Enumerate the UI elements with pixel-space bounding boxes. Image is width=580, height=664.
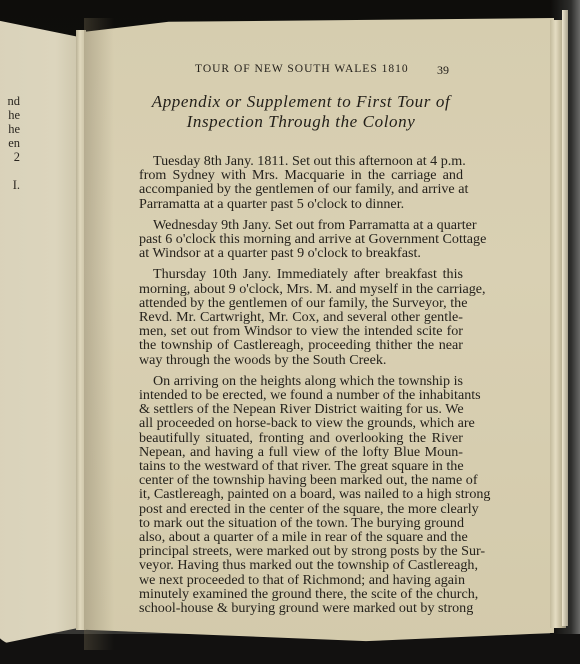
paragraph: Wednesday 9th Jany. Set out from Parrama… xyxy=(139,218,463,261)
page-number: 39 xyxy=(437,63,449,78)
left-page-text-fragments: nd he he en 2 I. xyxy=(0,94,20,192)
paragraph: On arriving on the heights along which t… xyxy=(139,374,463,615)
left-fragment: nd xyxy=(0,94,20,108)
book-photo: nd he he en 2 I. TOUR OF NEW SOUTH WALES… xyxy=(0,0,580,664)
text-line: all proceeded on horse-back to view the … xyxy=(139,416,463,430)
running-head: TOUR OF NEW SOUTH WALES 1810 39 xyxy=(139,60,463,80)
page-text-block: TOUR OF NEW SOUTH WALES 1810 39 Appendix… xyxy=(139,60,463,622)
cover-edge xyxy=(562,10,568,626)
text-line: also, about a quarter of a mile in rear … xyxy=(139,530,463,544)
left-fragment: I. xyxy=(0,178,20,192)
text-line: beautifully situated, fronting and overl… xyxy=(139,431,463,445)
left-fragment: 2 xyxy=(0,150,20,164)
text-line: post and erected in the center of the sq… xyxy=(139,502,463,516)
text-line: Wednesday 9th Jany. Set out from Parrama… xyxy=(139,218,463,232)
text-line: center of the township having been marke… xyxy=(139,473,463,487)
text-line: at Windsor at a quarter past 9 o'clock t… xyxy=(139,246,463,260)
text-line: men, set out from Windsor to view the in… xyxy=(139,324,463,338)
text-line: school-house & burying ground were marke… xyxy=(139,601,463,615)
text-line: past 6 o'clock this morning and arrive a… xyxy=(139,232,463,246)
text-line: Revd. Mr. Cartwright, Mr. Cox, and sever… xyxy=(139,310,463,324)
heading-line: Appendix or Supplement to First Tour of xyxy=(139,92,463,112)
text-line: it, Castlereagh, painted on a board, was… xyxy=(139,487,463,501)
text-line: from Sydney with Mrs. Macquarie in the c… xyxy=(139,168,463,182)
text-line: tains to the westward of that river. The… xyxy=(139,459,463,473)
paragraph: Thursday 10th Jany. Immediately after br… xyxy=(139,267,463,366)
text-line: Thursday 10th Jany. Immediately after br… xyxy=(139,267,463,281)
text-line: Nepean, and having a full view of the lo… xyxy=(139,445,463,459)
text-line: intended to be erected, we found a numbe… xyxy=(139,388,463,402)
gutter-shadow xyxy=(84,18,114,650)
left-fragment: en xyxy=(0,136,20,150)
text-line: way through the woods by the South Creek… xyxy=(139,353,463,367)
text-line: the township of Castlereagh, proceeding … xyxy=(139,338,463,352)
section-heading: Appendix or Supplement to First Tour of … xyxy=(139,92,463,132)
heading-line: Inspection Through the Colony xyxy=(139,112,463,132)
left-fragment xyxy=(0,164,20,178)
text-line: we next proceeded to that of Richmond; a… xyxy=(139,573,463,587)
text-line: veyor. Having thus marked out the townsh… xyxy=(139,558,463,572)
running-head-title: TOUR OF NEW SOUTH WALES 1810 xyxy=(195,63,409,75)
paragraph: Tuesday 8th Jany. 1811. Set out this aft… xyxy=(139,154,463,211)
text-line: Tuesday 8th Jany. 1811. Set out this aft… xyxy=(139,154,463,168)
text-line: attended by the gentlemen of our family,… xyxy=(139,296,463,310)
left-fragment: he xyxy=(0,122,20,136)
text-line: principal streets, were marked out by st… xyxy=(139,544,463,558)
text-line: & settlers of the Nepean River District … xyxy=(139,402,463,416)
text-line: morning, about 9 o'clock, Mrs. M. and my… xyxy=(139,282,463,296)
text-line: Parramatta at a quarter past 5 o'clock t… xyxy=(139,197,463,211)
left-fragment: he xyxy=(0,108,20,122)
text-line: to mark out the situation of the town. T… xyxy=(139,516,463,530)
text-line: accompanied by the gentlemen of our fami… xyxy=(139,182,463,196)
text-line: minutely examined the ground there, the … xyxy=(139,587,463,601)
body-text: Tuesday 8th Jany. 1811. Set out this aft… xyxy=(139,154,463,615)
text-line: On arriving on the heights along which t… xyxy=(139,374,463,388)
